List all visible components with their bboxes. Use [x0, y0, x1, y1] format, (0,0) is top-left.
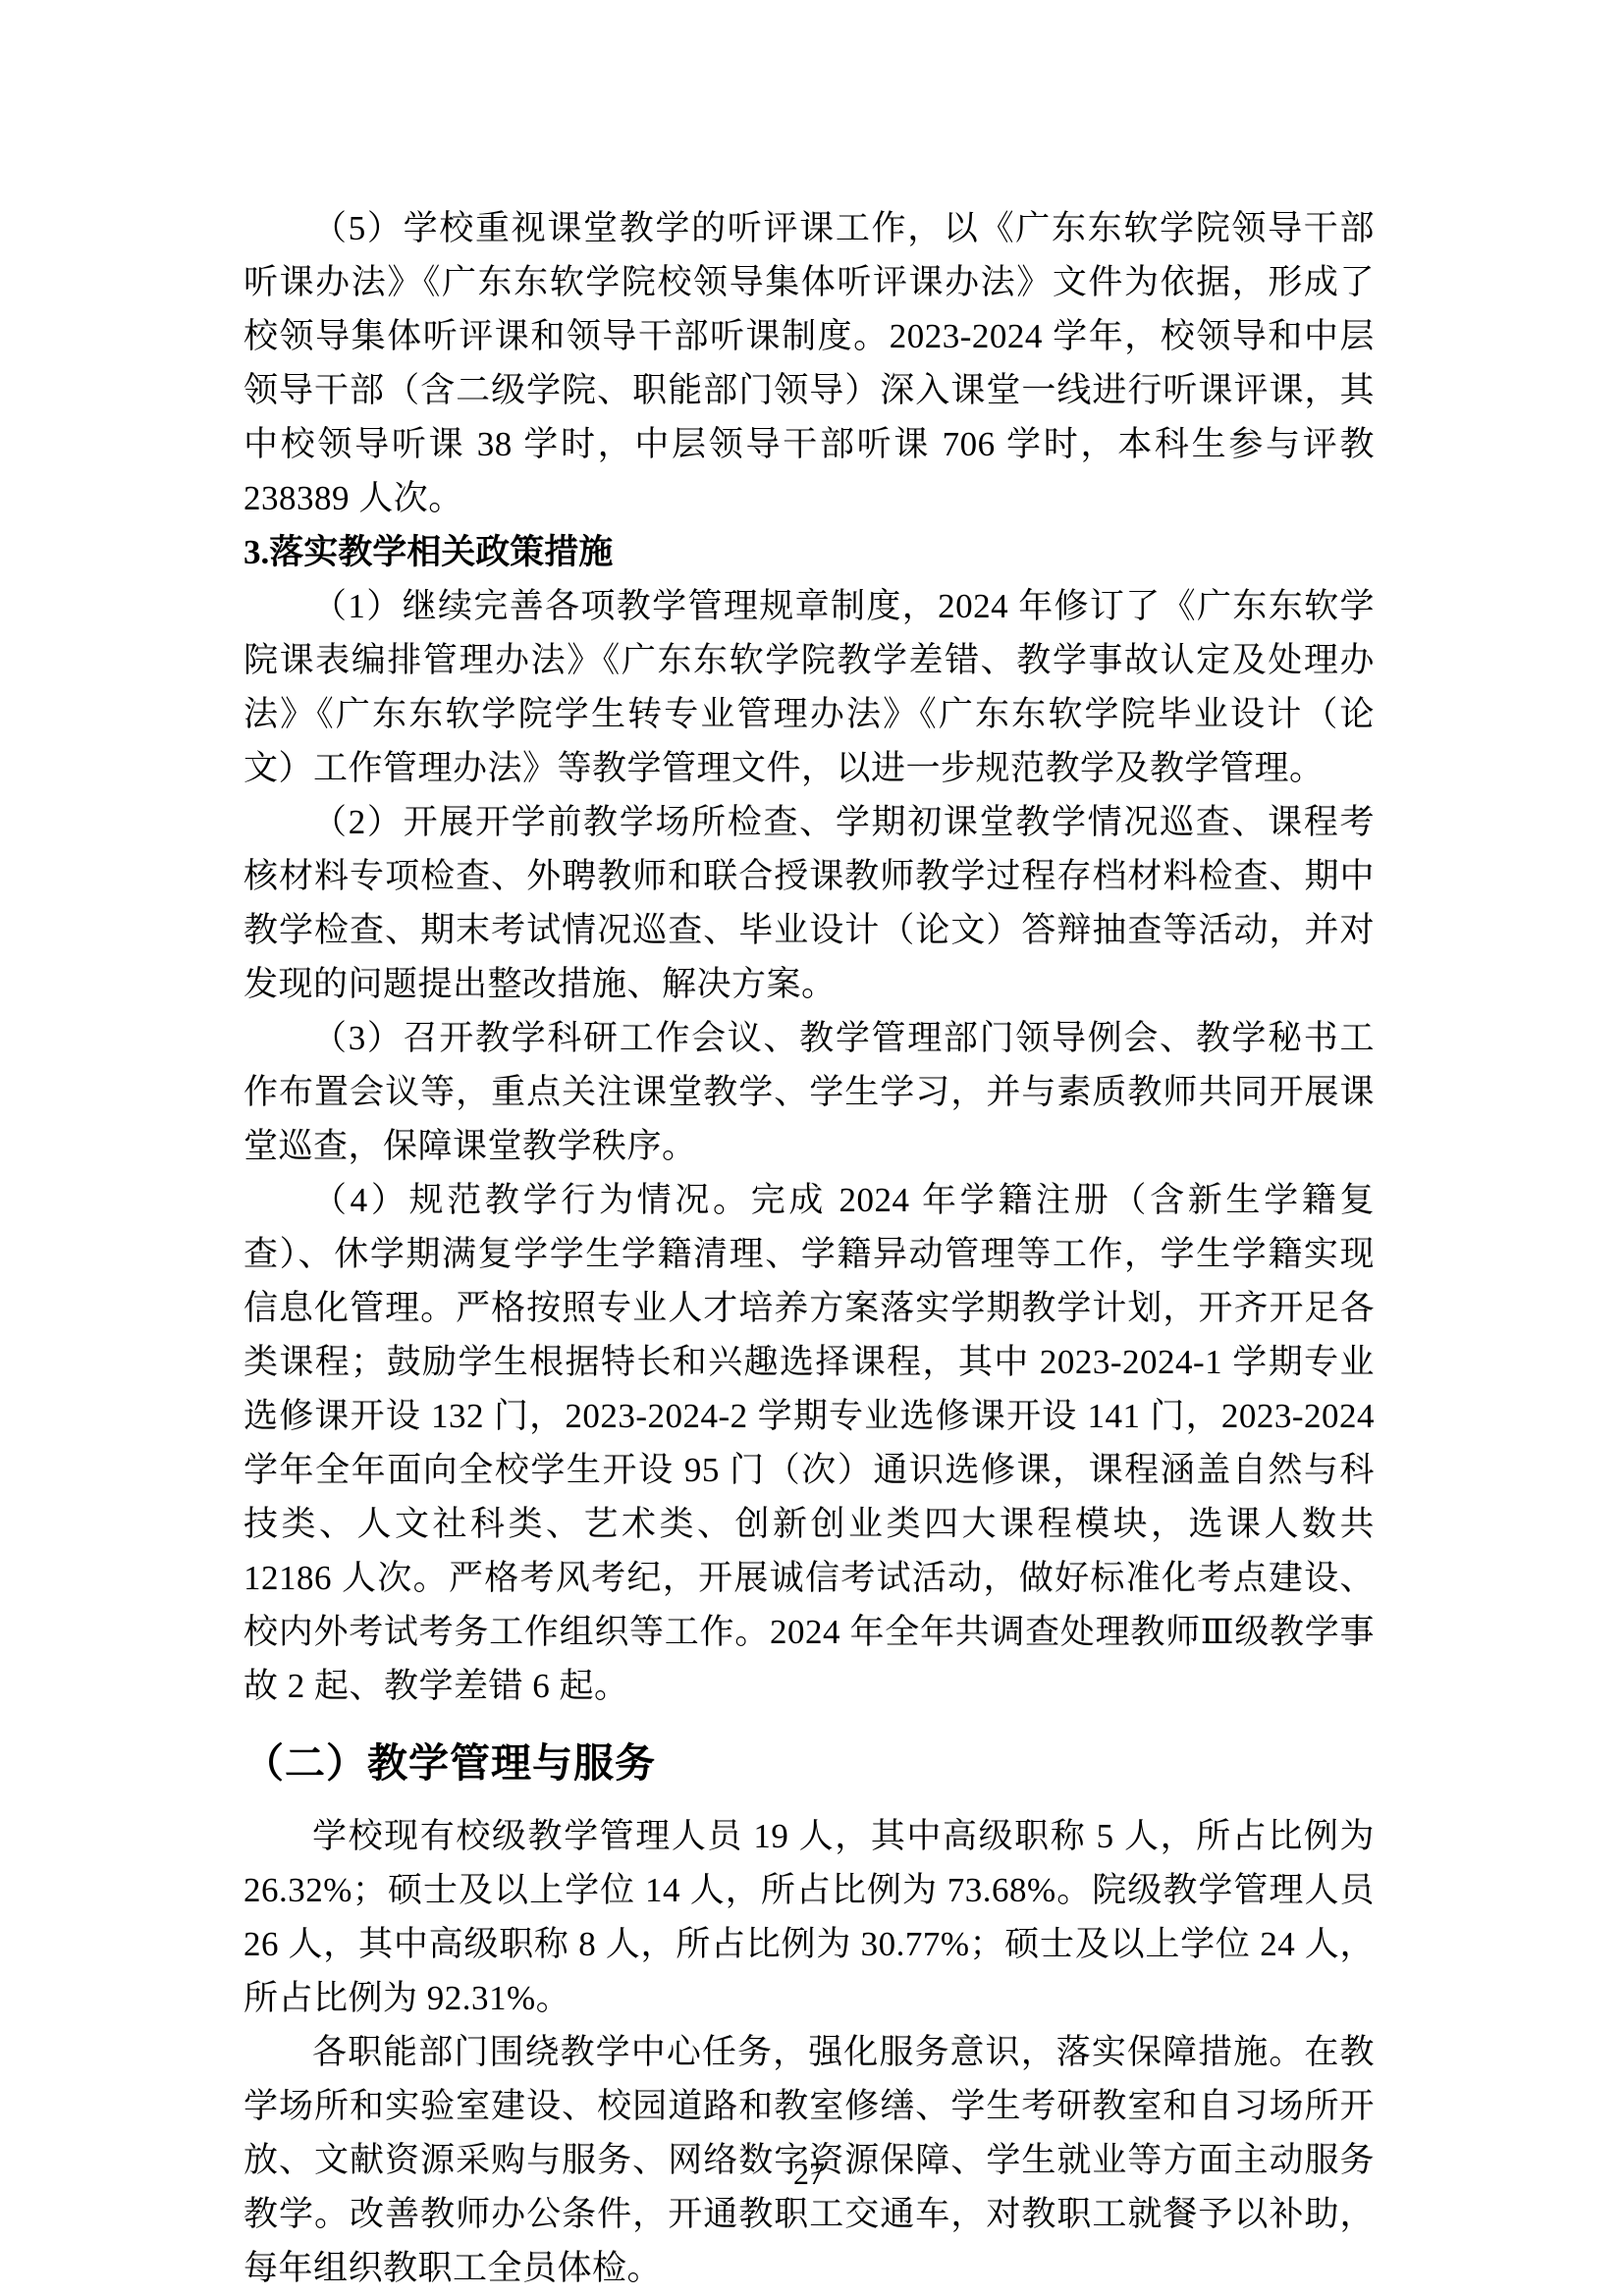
document-page: （5）学校重视课堂教学的听评课工作，以《广东东软学院领导干部听课办法》《广东东软… [0, 0, 1623, 2296]
text-column: （5）学校重视课堂教学的听评课工作，以《广东东软学院领导干部听课办法》《广东东软… [243, 201, 1375, 2295]
paragraph-listening-evaluation: （5）学校重视课堂教学的听评课工作，以《广东东软学院领导干部听课办法》《广东东软… [243, 201, 1375, 525]
paragraph-item-1: （1）继续完善各项教学管理规章制度，2024 年修订了《广东东软学院课表编排管理… [243, 579, 1375, 795]
heading-teaching-management-service: （二）教学管理与服务 [243, 1738, 1375, 1788]
paragraph-item-2: （2）开展开学前教学场所检查、学期初课堂教学情况巡查、课程考核材料专项检查、外聘… [243, 795, 1375, 1011]
page-number: 27 [243, 2156, 1375, 2192]
paragraph-management-staff: 学校现有校级教学管理人员 19 人，其中高级职称 5 人，所占比例为 26.32… [243, 1809, 1375, 2025]
paragraph-item-4: （4）规范教学行为情况。完成 2024 年学籍注册（含新生学籍复查）、休学期满复… [243, 1173, 1375, 1713]
heading-teaching-policy-measures: 3.落实教学相关政策措施 [243, 525, 1375, 579]
paragraph-item-3: （3）召开教学科研工作会议、教学管理部门领导例会、教学秘书工作布置会议等，重点关… [243, 1011, 1375, 1173]
